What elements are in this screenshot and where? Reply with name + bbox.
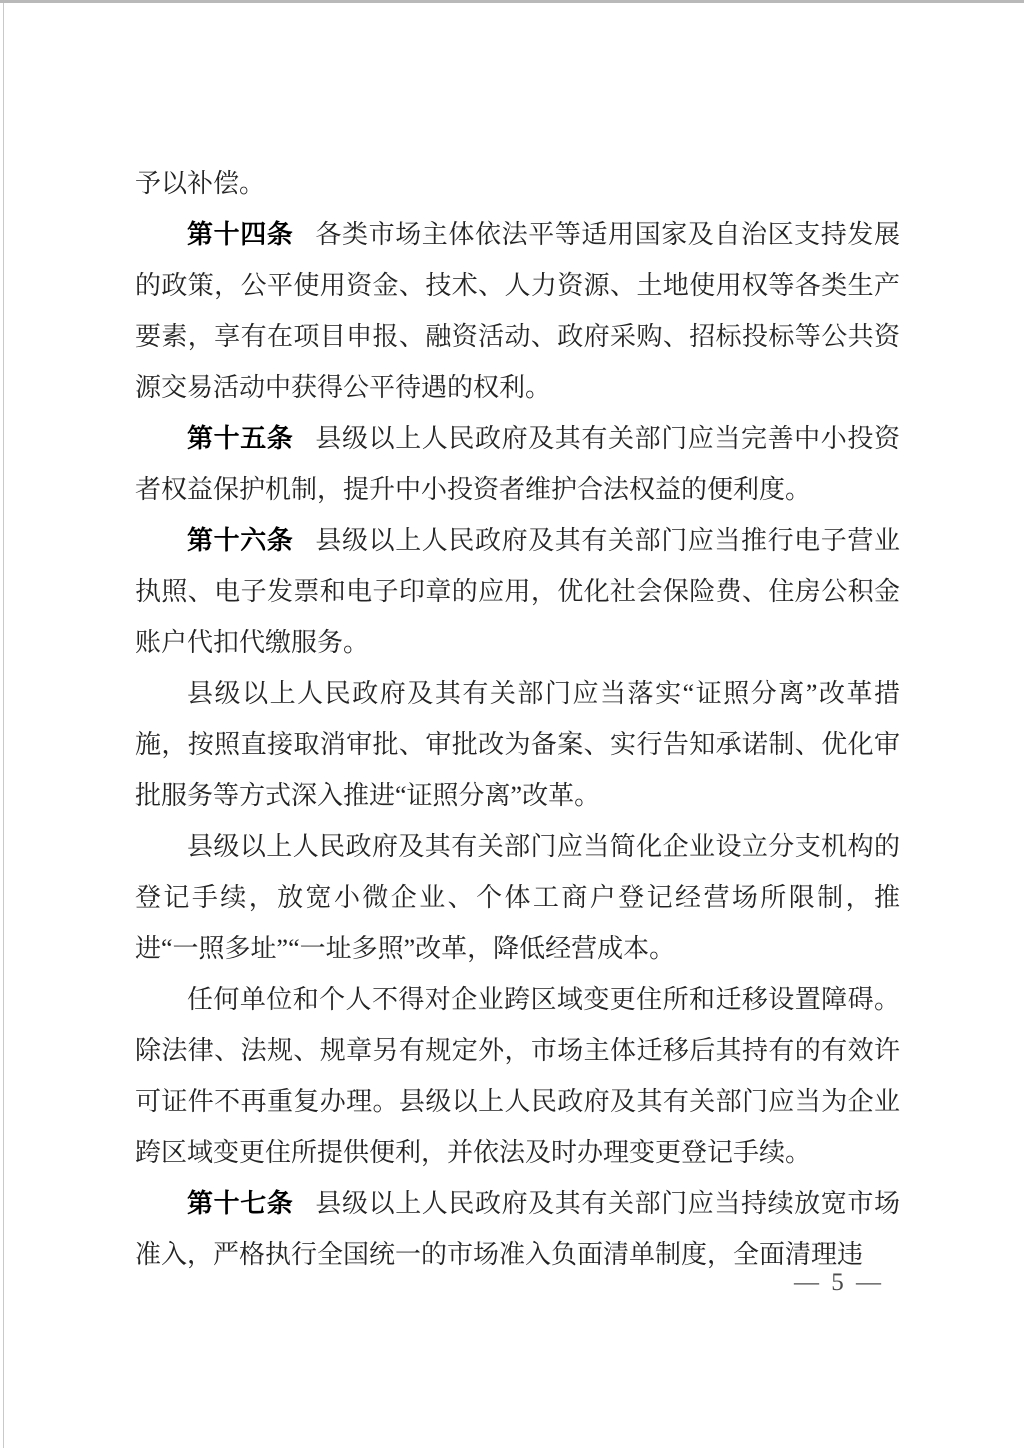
paragraph-article-15: 第十五条县级以上人民政府及其有关部门应当完善中小投资者权益保护机制，提升中小投资… (135, 413, 900, 515)
document-body: 予以补偿。 第十四条各类市场主体依法平等适用国家及自治区支持发展的政策，公平使用… (135, 158, 900, 1280)
paragraph-text: 任何单位和个人不得对企业跨区域变更住所和迁移设置障碍。除法律、法规、规章另有规定… (135, 985, 900, 1167)
paragraph-continuation: 予以补偿。 (135, 158, 900, 209)
paragraph-text: 县级以上人民政府及其有关部门应当落实“证照分离”改革措施，按照直接取消审批、审批… (135, 679, 900, 810)
article-number: 第十六条 (187, 525, 293, 555)
paragraph-article-14: 第十四条各类市场主体依法平等适用国家及自治区支持发展的政策，公平使用资金、技术、… (135, 209, 900, 413)
paragraph-article-17: 第十七条县级以上人民政府及其有关部门应当持续放宽市场准入，严格执行全国统一的市场… (135, 1178, 900, 1280)
paragraph-article-16-clause-3: 县级以上人民政府及其有关部门应当简化企业设立分支机构的登记手续，放宽小微企业、个… (135, 821, 900, 974)
paragraph-text: 县级以上人民政府及其有关部门应当简化企业设立分支机构的登记手续，放宽小微企业、个… (135, 832, 900, 963)
article-number: 第十五条 (187, 423, 293, 453)
paragraph-article-16-clause-2: 县级以上人民政府及其有关部门应当落实“证照分离”改革措施，按照直接取消审批、审批… (135, 668, 900, 821)
article-number: 第十四条 (187, 219, 293, 249)
article-number: 第十七条 (187, 1188, 293, 1218)
page-scan-edge-top (0, 0, 1024, 3)
paragraph-article-16: 第十六条县级以上人民政府及其有关部门应当推行电子营业执照、电子发票和电子印章的应… (135, 515, 900, 668)
paragraph-text: 予以补偿。 (135, 169, 265, 198)
page-number: — 5 — (794, 1268, 884, 1298)
page-scan-edge-left (3, 3, 4, 1448)
paragraph-article-16-clause-4: 任何单位和个人不得对企业跨区域变更住所和迁移设置障碍。除法律、法规、规章另有规定… (135, 974, 900, 1178)
